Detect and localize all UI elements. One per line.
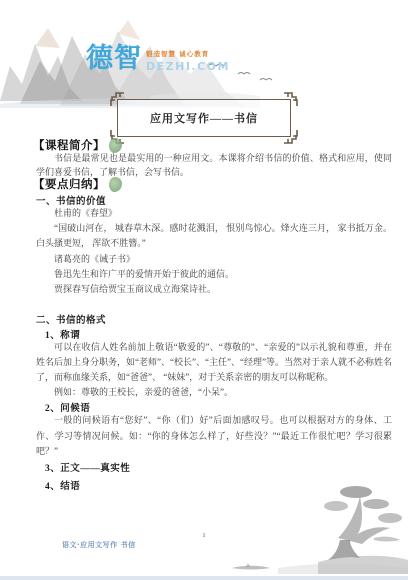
section2-heading: 二、书信的格式 (36, 312, 106, 326)
poem-text: “国破山河在， 城春草木深。感时花溅泪， 恨别鸟惊心。烽火连三月， 家书抵万金。… (36, 221, 392, 252)
logo-slogan: 锻造智慧 诚心教育 (146, 49, 230, 58)
title-frame: 应用文写作——书信 (117, 99, 291, 137)
pine-watermark-image (278, 478, 408, 574)
section1-line: 诸葛亮的《诫子书》 (36, 252, 392, 267)
section1-heading: 一、书信的价值 (36, 193, 106, 207)
greeting-paragraph: 一般的问候语有“您好”、“你（们）好”后面加感叹号。也可以根据对方的身体、工作、… (36, 413, 392, 460)
document-page: 德智 锻造智慧 诚心教育 DEZHI.COM 应用文写作——书信 【课程简介】 … (0, 0, 408, 580)
salutation-example: 例如：尊敬的王校长，亲爱的爸爸，“小呆”。 (36, 385, 392, 398)
course-intro-paragraph: 书信是最常见也是最实用的一种应用文。本课将介绍书信的价值、格式和应用，使同学们喜… (36, 152, 392, 179)
frame-corner-icon (283, 92, 298, 107)
salutation-paragraph: 可以在收信人姓名前加上敬语“敬爱的”、“尊敬的”、“亲爱的”以示礼貌和尊重，并在… (36, 340, 392, 384)
greeting-heading: 2、问候语 (45, 400, 90, 414)
frame-corner-icon (283, 129, 298, 144)
course-intro-heading-text: 【课程简介】 (33, 137, 105, 153)
section1-line: 杜甫的《春望》 (36, 206, 392, 221)
course-intro-heading: 【课程简介】 (33, 137, 122, 153)
frame-corner-icon (110, 92, 125, 107)
page-title: 应用文写作——书信 (150, 110, 258, 126)
logo-domain: DEZHI.COM (146, 60, 230, 73)
key-points-heading-text: 【要点归纳】 (33, 176, 105, 192)
footer-breadcrumb: 语文·应用文写作 书信 (62, 540, 136, 550)
page-bottom-strip (0, 576, 408, 580)
section1-line: 贾探春写信给贾宝玉商议成立海棠诗社。 (36, 282, 392, 297)
logo-wordmark: 德智 (86, 44, 142, 74)
section1-content: 杜甫的《春望》 “国破山河在， 城春草木深。感时花溅泪， 恨别鸟惊心。烽火连三月… (36, 206, 392, 297)
seal-stamp-icon (109, 177, 122, 192)
seal-stamp-icon (109, 138, 122, 153)
dezhi-logo: 德智 锻造智慧 诚心教育 DEZHI.COM (86, 44, 230, 74)
closing-heading: 4、结语 (45, 478, 80, 492)
body-heading: 3、正文——真实性 (45, 460, 130, 474)
section1-line: 鲁迅先生和许广平的爱情开始于彼此的通信。 (36, 267, 392, 282)
key-points-heading: 【要点归纳】 (33, 176, 122, 192)
salutation-heading: 1、称谓 (45, 327, 80, 341)
page-number: 1 (0, 532, 408, 539)
boat-watermark-image (228, 562, 274, 572)
